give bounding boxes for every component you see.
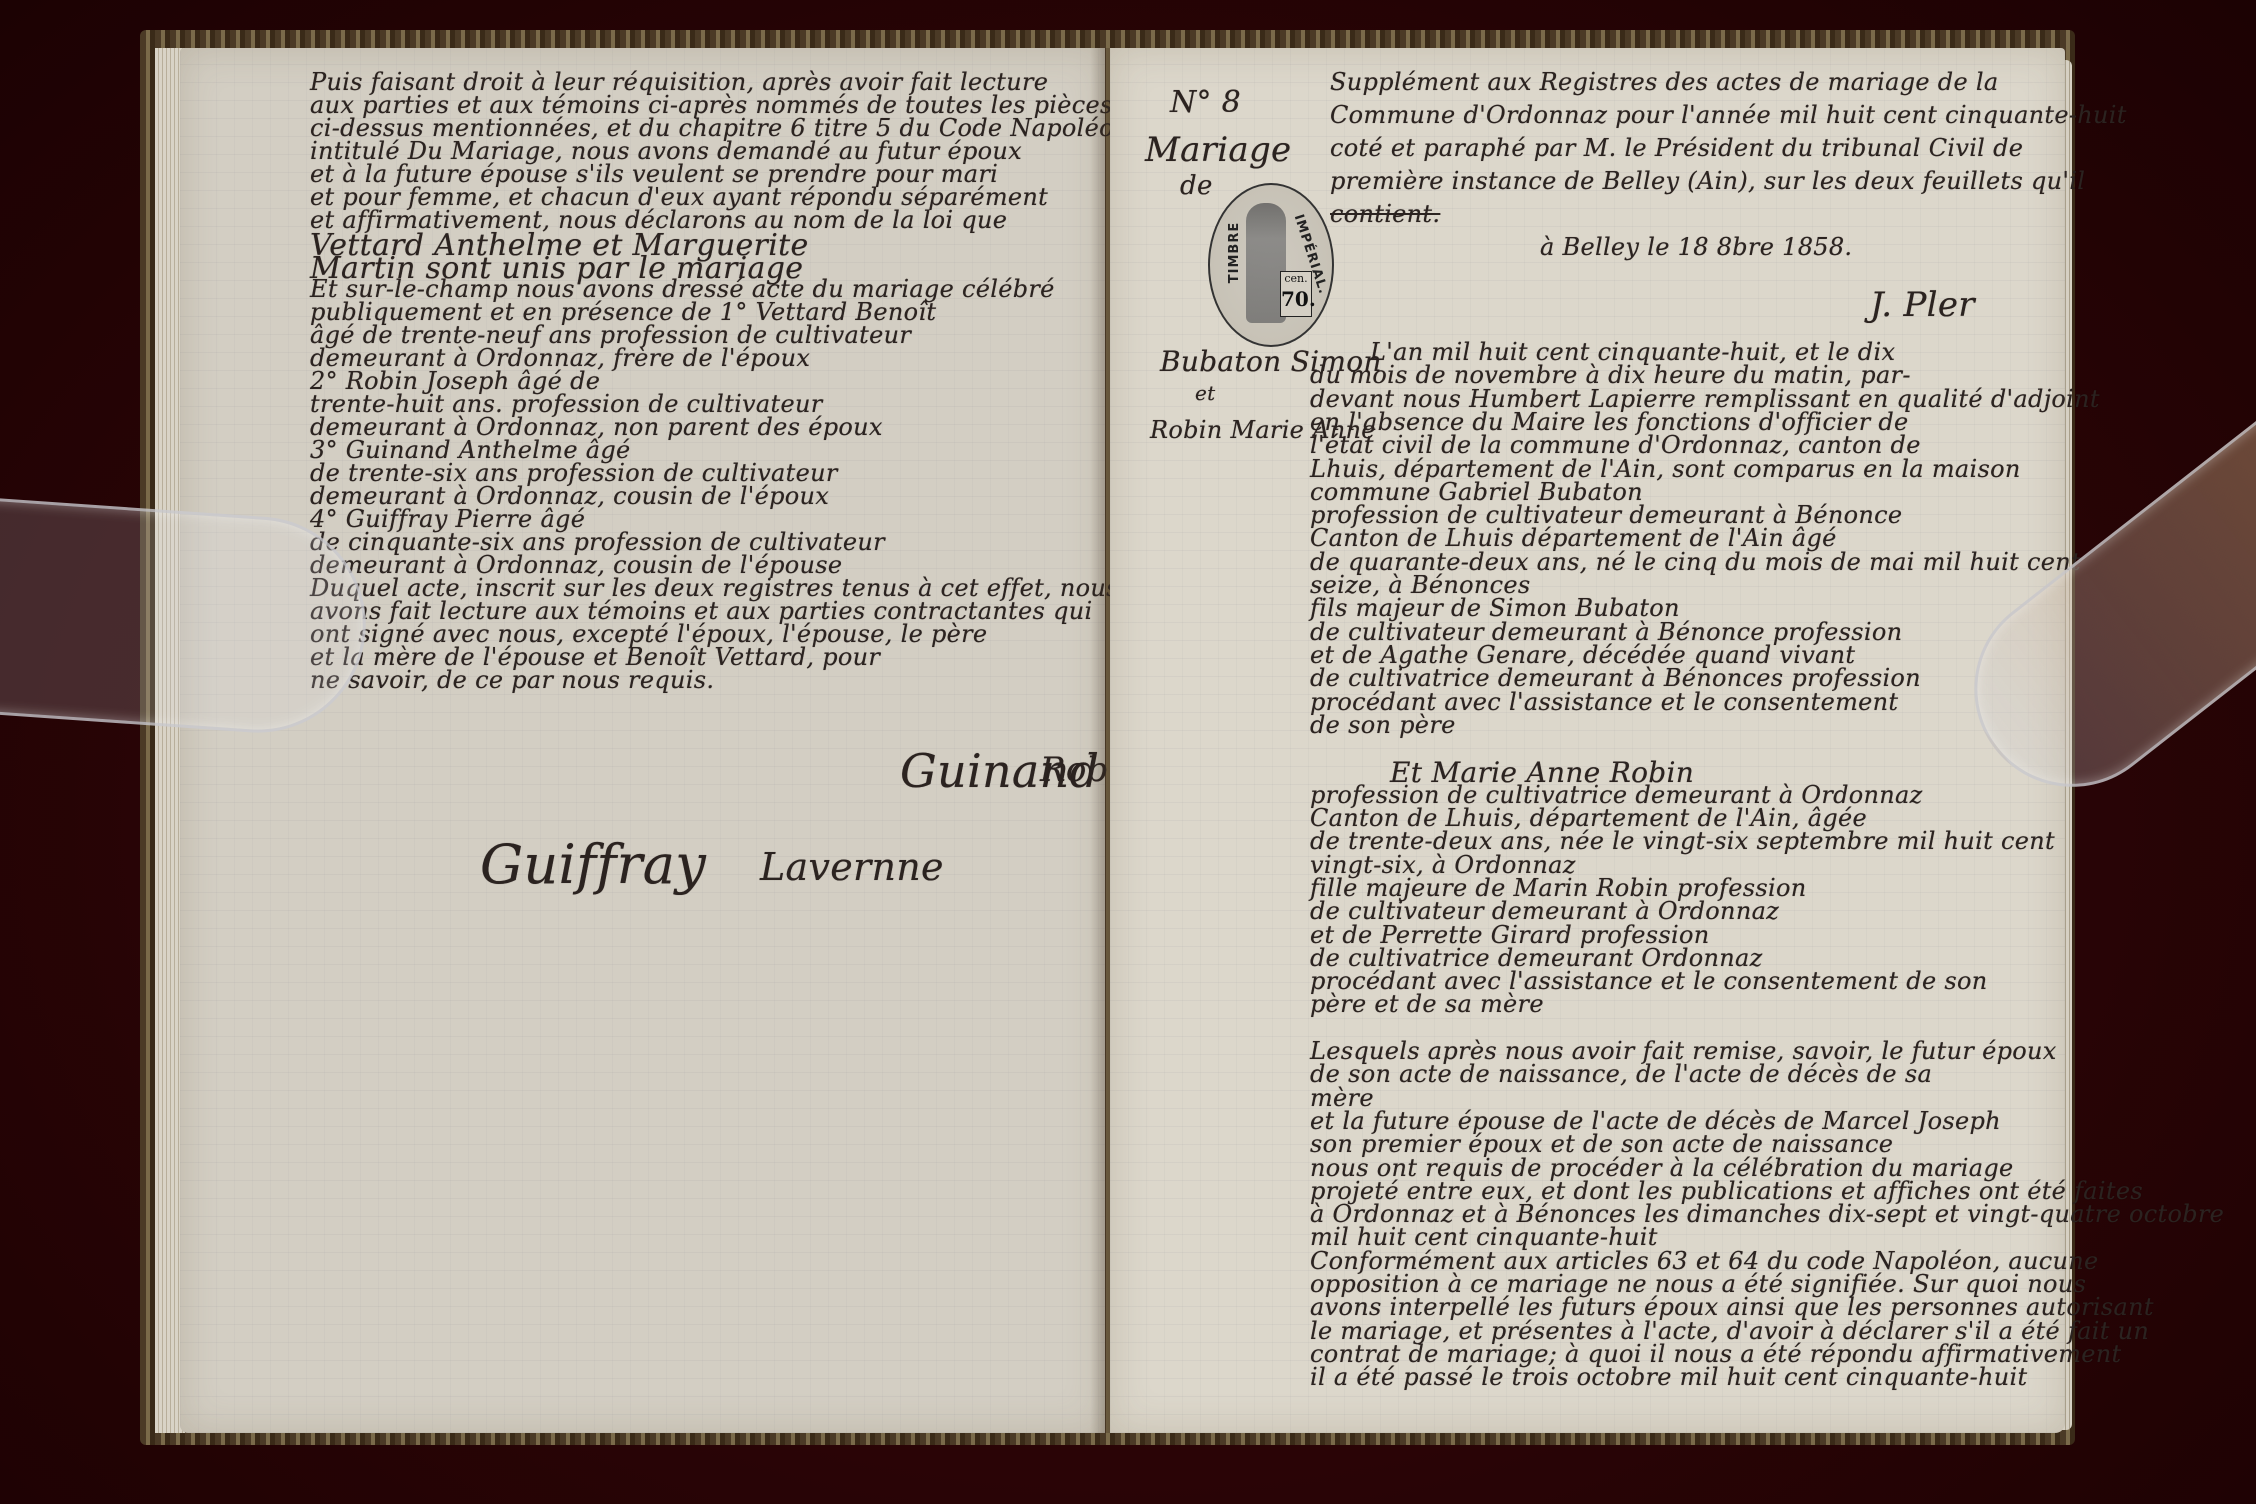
body-line: son premier époux et de son acte de nais… (1310, 1132, 1893, 1156)
body-line: mère (1310, 1086, 1374, 1110)
header-line: coté et paraphé par M. le Président du t… (1330, 136, 2023, 160)
body-line: nous ont requis de procéder à la célébra… (1310, 1156, 2014, 1180)
body-line: devant nous Humbert Lapierre remplissant… (1310, 387, 2100, 411)
stamp-label-timbre: TIMBRE (1227, 222, 1242, 283)
body-line: et de Perrette Girard profession (1310, 923, 1710, 947)
header-line: première instance de Belley (Ain), sur l… (1330, 169, 2085, 193)
act-number: N° 8 (1170, 88, 1241, 118)
left-page: Puis faisant droit à leur réquisition, a… (180, 48, 1105, 1433)
body-line: du mois de novembre à dix heure du matin… (1310, 363, 1911, 387)
body-line: de son père (1310, 713, 1456, 737)
margin-conjunction: et (1195, 383, 1215, 403)
stamp-value-box: cen. 70. (1280, 271, 1312, 317)
body-line: l'état civil de la commune d'Ordonnaz, c… (1310, 433, 1921, 457)
body-line: père et de sa mère (1310, 992, 1544, 1016)
body-line: mil huit cent cinquante-huit (1310, 1225, 1658, 1249)
left-page-line: ne savoir, de ce par nous requis. (310, 668, 714, 692)
body-line: de cultivateur demeurant à Bénonce profe… (1310, 620, 1902, 644)
body-line: avons interpellé les futurs époux ainsi … (1310, 1295, 2154, 1319)
body-line: de trente-deux ans, née le vingt-six sep… (1310, 829, 2055, 853)
signature-guiffray: Guiffray (480, 838, 706, 892)
stamp-unit: cen. (1281, 272, 1311, 286)
body-line: vingt-six, à Ordonnaz (1310, 853, 1576, 877)
body-line: Lhuis, département de l'Ain, sont compar… (1310, 457, 2021, 481)
body-line: le mariage, et présentes à l'acte, d'avo… (1310, 1319, 2149, 1343)
body-line: de son acte de naissance, de l'acte de d… (1310, 1062, 1932, 1086)
act-type-suffix: de (1180, 173, 1213, 199)
header-line: Commune d'Ordonnaz pour l'année mil huit… (1330, 103, 2127, 127)
body-line: de cultivateur demeurant à Ordonnaz (1310, 899, 1779, 923)
president-signature: J. Pler (1870, 288, 1975, 322)
body-line: fils majeur de Simon Bubaton (1310, 596, 1680, 620)
signature-lavernne: Lavernne (760, 848, 944, 886)
body-line: de cultivatrice demeurant à Bénonces pro… (1310, 666, 1921, 690)
header-line: à Belley le 18 8bre 1858. (1540, 235, 1852, 259)
body-line: procédant avec l'assistance et le consen… (1310, 690, 1898, 714)
header-line: contient. (1330, 202, 1440, 226)
header-line: Supplément aux Registres des actes de ma… (1330, 70, 1998, 94)
stamp-value: 70. (1281, 286, 1311, 312)
act-type: Mariage (1145, 133, 1291, 167)
body-line: Canton de Lhuis département de l'Ain âgé (1310, 526, 1837, 550)
body-line: il a été passé le trois octobre mil huit… (1310, 1365, 2027, 1389)
imperial-tax-stamp: TIMBRE IMPÉRIAL. cen. 70. (1208, 183, 1334, 347)
